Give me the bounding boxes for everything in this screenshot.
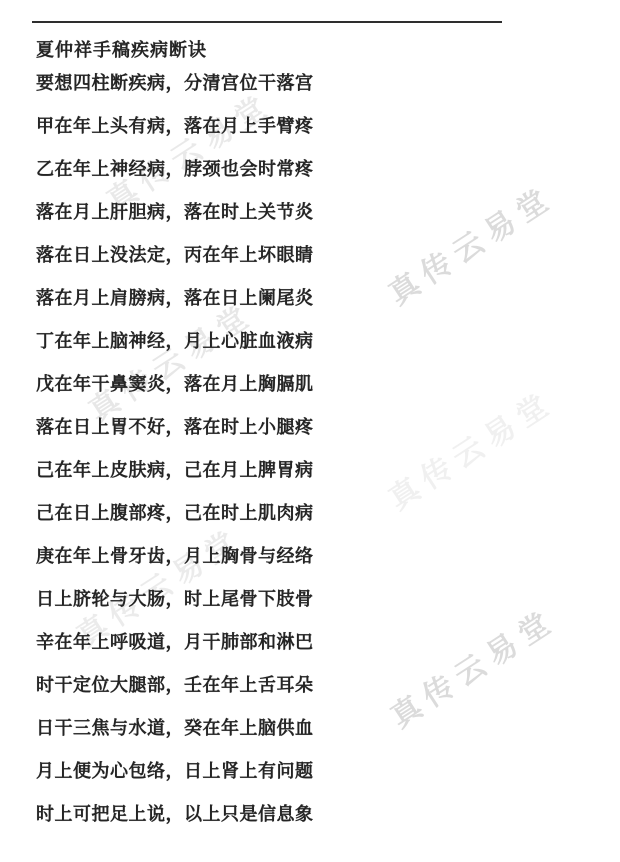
text-line: 己在日上腹部疼，己在时上肌肉病 <box>36 504 314 522</box>
text-line: 要想四柱断疾病，分清宫位干落宫 <box>36 74 314 92</box>
text-line: 庚在年上骨牙齿，月上胸骨与经络 <box>36 547 314 565</box>
text-line: 时上可把足上说，以上只是信息象 <box>36 805 314 823</box>
text-line: 甲在年上头有病，落在月上手臂疼 <box>36 117 314 135</box>
text-line: 落在月上肩膀病，落在日上阑尾炎 <box>36 289 314 307</box>
text-line: 辛在年上呼吸道，月干肺部和淋巴 <box>36 633 314 651</box>
text-body: 要想四柱断疾病，分清宫位干落宫甲在年上头有病，落在月上手臂疼乙在年上神经病，脖颈… <box>36 74 314 823</box>
text-line: 时干定位大腿部，壬在年上舌耳朵 <box>36 676 314 694</box>
watermark-text: 真传云易堂 <box>378 378 561 518</box>
text-line: 丁在年上脑神经，月上心脏血液病 <box>36 332 314 350</box>
text-line: 己在年上皮肤病，己在月上脾胃病 <box>36 461 314 479</box>
divider-line <box>32 21 502 23</box>
text-line: 日干三焦与水道，癸在年上脑供血 <box>36 719 314 737</box>
text-line: 落在月上肝胆病，落在时上关节炎 <box>36 203 314 221</box>
text-line: 落在日上没法定，丙在年上坏眼睛 <box>36 246 314 264</box>
text-line: 月上便为心包络，日上肾上有问题 <box>36 762 314 780</box>
text-line: 乙在年上神经病，脖颈也会时常疼 <box>36 160 314 178</box>
watermark-text: 真传云易堂 <box>380 596 563 736</box>
text-line: 戊在年干鼻窦炎，落在月上胸膈肌 <box>36 375 314 393</box>
text-line: 落在日上胃不好，落在时上小腿疼 <box>36 418 314 436</box>
page-title: 夏仲祥手稿疾病断诀 <box>36 36 207 62</box>
watermark-text: 真传云易堂 <box>378 173 561 313</box>
text-line: 日上脐轮与大肠，时上尾骨下肢骨 <box>36 590 314 608</box>
document-page: 真传云易堂真传云易堂真传云易堂真传云易堂真传云易堂真传云易堂 夏仲祥手稿疾病断诀… <box>0 0 620 862</box>
